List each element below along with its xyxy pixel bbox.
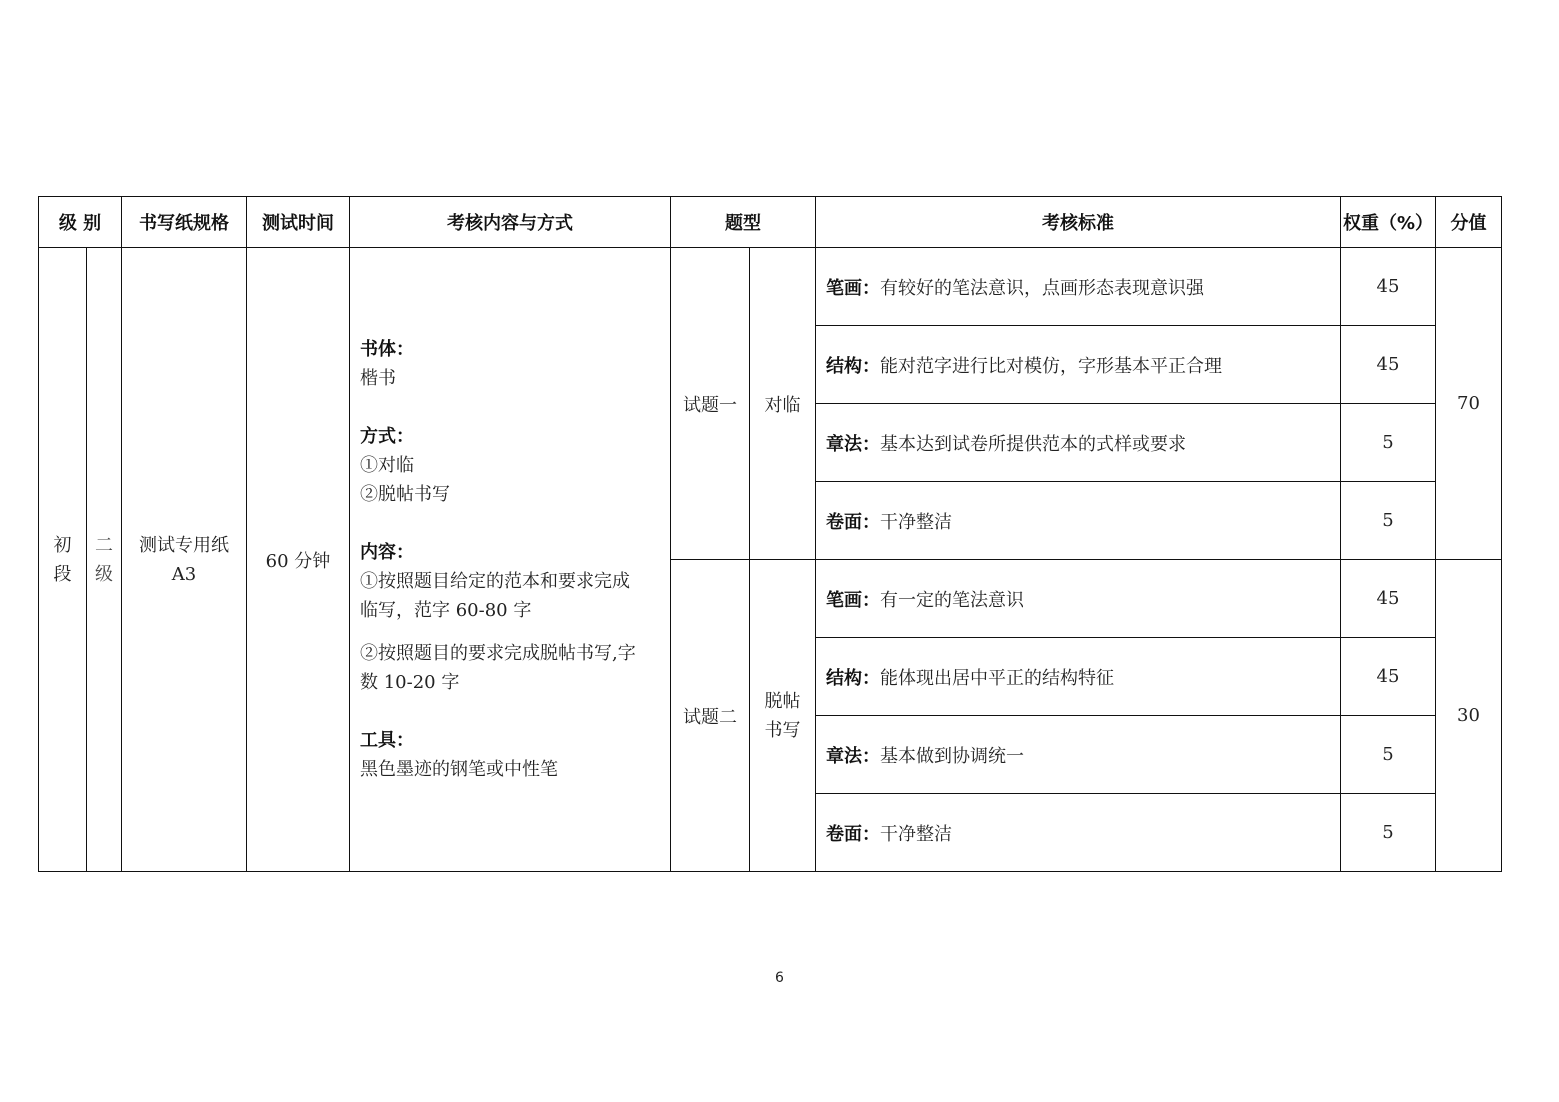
weight-cell: 45 <box>1341 248 1436 326</box>
table-row: 初段 二级 测试专用纸 A3 60 分钟 书体： 楷书 方式： ①对临 ②脱帖书… <box>39 248 1502 326</box>
method-item-1: ①对临 <box>360 451 662 480</box>
header-test-time: 测试时间 <box>247 197 350 248</box>
level-minor: 二级 <box>94 531 114 589</box>
criteria-label: 笔画： <box>826 278 880 299</box>
criteria-cell: 笔画：有一定的笔法意识 <box>816 560 1341 638</box>
header-paper-spec: 书写纸规格 <box>122 197 247 248</box>
header-content-method: 考核内容与方式 <box>350 197 671 248</box>
question-2-type-line-1: 脱帖 <box>750 687 815 716</box>
header-level: 级 别 <box>39 197 122 248</box>
weight-value: 5 <box>1382 510 1393 531</box>
script-value: 楷书 <box>360 364 662 393</box>
criteria-cell: 卷面：干净整洁 <box>816 482 1341 560</box>
question-2-type-line-2: 书写 <box>750 716 815 745</box>
criteria-text: 能体现出居中平正的结构特征 <box>880 668 1114 689</box>
criteria-text: 能对范字进行比对模仿，字形基本平正合理 <box>880 356 1222 377</box>
header-score: 分值 <box>1436 197 1502 248</box>
criteria-label: 卷面： <box>826 512 880 533</box>
paper-spec-line-1: 测试专用纸 <box>122 531 246 560</box>
criteria-label: 结构： <box>826 356 880 377</box>
level-major-cell: 初段 <box>39 248 87 872</box>
method-label: 方式： <box>360 422 662 451</box>
page-number: 6 <box>0 970 1559 986</box>
weight-cell: 5 <box>1341 482 1436 560</box>
criteria-text: 基本达到试卷所提供范本的式样或要求 <box>880 434 1186 455</box>
question-2-type-cell: 脱帖 书写 <box>750 560 816 872</box>
paper-spec-line-2: A3 <box>122 560 246 589</box>
question-2-name-cell: 试题二 <box>671 560 750 872</box>
header-row: 级 别 书写纸规格 测试时间 考核内容与方式 题型 考核标准 权重（%） 分值 <box>39 197 1502 248</box>
content-item-1-line-1: ①按照题目给定的范本和要求完成 <box>360 567 662 596</box>
weight-cell: 5 <box>1341 794 1436 872</box>
weight-cell: 45 <box>1341 326 1436 404</box>
weight-value: 5 <box>1382 822 1393 843</box>
question-1-name: 试题一 <box>683 395 737 416</box>
content-method-cell: 书体： 楷书 方式： ①对临 ②脱帖书写 内容： ①按照题目给定的范本和要求完成… <box>350 248 671 872</box>
criteria-label: 结构： <box>826 668 880 689</box>
question-1-name-cell: 试题一 <box>671 248 750 560</box>
criteria-text: 有较好的笔法意识，点画形态表现意识强 <box>880 278 1204 299</box>
criteria-label: 章法： <box>826 434 880 455</box>
weight-value: 5 <box>1382 432 1393 453</box>
content-item-2-line-2: 数 10-20 字 <box>360 668 662 697</box>
weight-cell: 45 <box>1341 638 1436 716</box>
tool-label: 工具： <box>360 726 662 755</box>
content-label: 内容： <box>360 538 662 567</box>
tool-value: 黑色墨迹的钢笔或中性笔 <box>360 755 662 784</box>
criteria-cell: 笔画：有较好的笔法意识，点画形态表现意识强 <box>816 248 1341 326</box>
header-criteria: 考核标准 <box>816 197 1341 248</box>
level-major: 初段 <box>53 531 73 589</box>
header-question-type: 题型 <box>671 197 816 248</box>
exam-standards-table: 级 别 书写纸规格 测试时间 考核内容与方式 题型 考核标准 权重（%） 分值 … <box>38 196 1502 872</box>
question-2-score: 30 <box>1457 705 1480 726</box>
weight-value: 5 <box>1382 744 1393 765</box>
weight-value: 45 <box>1377 588 1400 609</box>
test-time: 60 分钟 <box>266 551 331 572</box>
weight-value: 45 <box>1377 276 1400 297</box>
question-1-type-cell: 对临 <box>750 248 816 560</box>
paper-spec-cell: 测试专用纸 A3 <box>122 248 247 872</box>
question-2-score-cell: 30 <box>1436 560 1502 872</box>
criteria-cell: 结构：能对范字进行比对模仿，字形基本平正合理 <box>816 326 1341 404</box>
criteria-label: 章法： <box>826 746 880 767</box>
criteria-cell: 结构：能体现出居中平正的结构特征 <box>816 638 1341 716</box>
test-time-cell: 60 分钟 <box>247 248 350 872</box>
criteria-cell: 章法：基本做到协调统一 <box>816 716 1341 794</box>
weight-cell: 5 <box>1341 716 1436 794</box>
header-weight: 权重（%） <box>1341 197 1436 248</box>
script-label: 书体： <box>360 335 662 364</box>
weight-value: 45 <box>1377 666 1400 687</box>
weight-cell: 5 <box>1341 404 1436 482</box>
criteria-text: 基本做到协调统一 <box>880 746 1024 767</box>
weight-cell: 45 <box>1341 560 1436 638</box>
question-1-type: 对临 <box>765 395 801 416</box>
question-1-score-cell: 70 <box>1436 248 1502 560</box>
question-1-score: 70 <box>1457 393 1480 414</box>
question-2-name: 试题二 <box>683 707 737 728</box>
criteria-cell: 章法：基本达到试卷所提供范本的式样或要求 <box>816 404 1341 482</box>
criteria-text: 干净整洁 <box>880 824 952 845</box>
weight-value: 45 <box>1377 354 1400 375</box>
method-item-2: ②脱帖书写 <box>360 480 662 509</box>
content-item-2-line-1: ②按照题目的要求完成脱帖书写,字 <box>360 639 662 668</box>
criteria-label: 笔画： <box>826 590 880 611</box>
content-item-1-line-2: 临写，范字 60-80 字 <box>360 596 662 625</box>
criteria-label: 卷面： <box>826 824 880 845</box>
level-minor-cell: 二级 <box>87 248 122 872</box>
criteria-text: 有一定的笔法意识 <box>880 590 1024 611</box>
criteria-text: 干净整洁 <box>880 512 952 533</box>
criteria-cell: 卷面：干净整洁 <box>816 794 1341 872</box>
